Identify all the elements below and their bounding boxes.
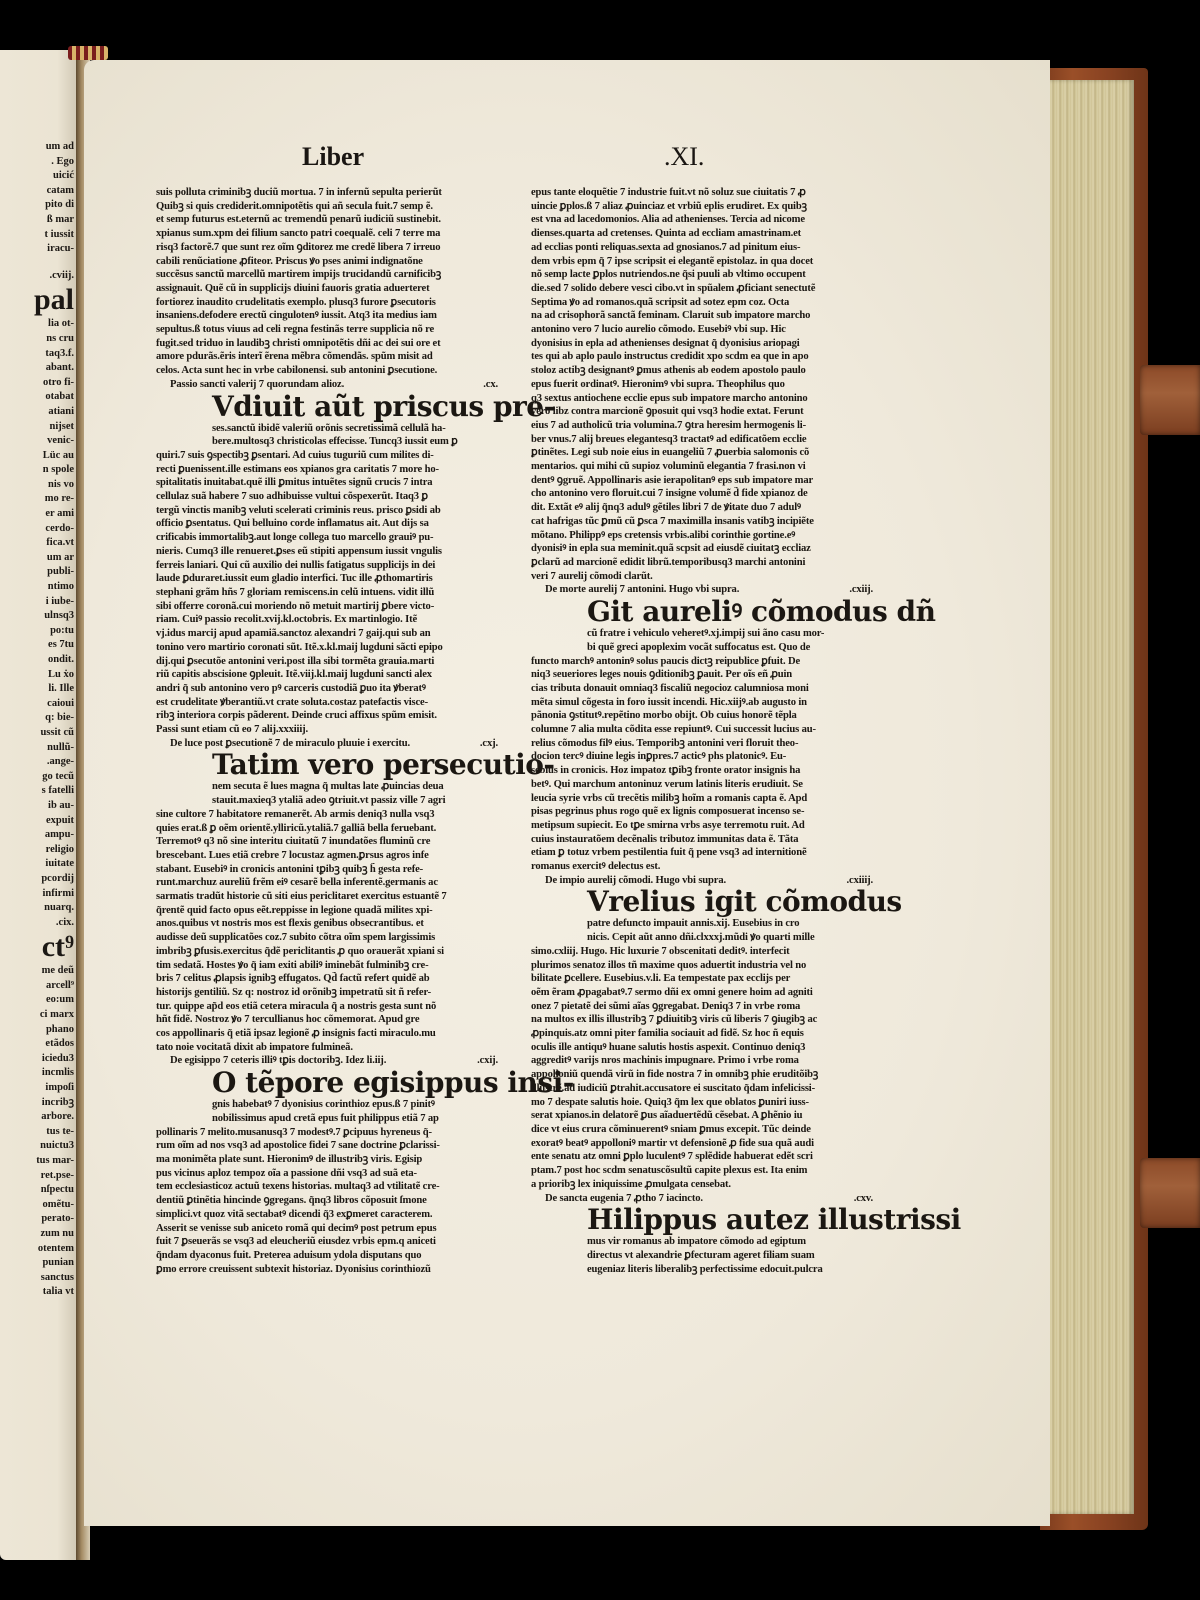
running-head-left: Liber (302, 142, 364, 172)
text-line: sarmatis tradũt historie cũ siti eius pe… (156, 890, 498, 904)
text-line: arbore. (34, 1110, 74, 1125)
text-line: talia vt (34, 1285, 74, 1300)
text-line: ib au- (34, 799, 74, 814)
text-lines: ses.sanctũ ibidẽ valeriũ orõnis secretis… (156, 422, 498, 449)
text-line: ses.sanctũ ibidẽ valeriũ orõnis secretis… (212, 422, 498, 436)
text-line: nis vo (34, 478, 74, 493)
text-line: ci marx (34, 1008, 74, 1023)
text-line: ꝑmo errore creuissent subtexit historiaz… (156, 1263, 498, 1277)
text-line: runt.marchuz aureliũ frẽm eiꝰ cesarẽ bel… (156, 876, 498, 890)
text-line: columne 7 alia multa cõdita esse repiunt… (531, 723, 873, 737)
text-line: tus te- (34, 1125, 74, 1140)
text-line: xpianus sum.xpm dei filium sancto patri … (156, 227, 498, 241)
text-line: ondit. (34, 653, 74, 668)
text-line: punian (34, 1256, 74, 1271)
text-line: lia ot- (34, 317, 74, 332)
text-line: et semp futurus est.eternũ ac tremendũ p… (156, 213, 498, 227)
text-line: cias tributa donauit omniaq3 fiscaliũ ne… (531, 682, 873, 696)
left-page-text-fragment: um ad. Egouicićcatampito diß mart iussit… (34, 140, 74, 1300)
text-lines: pollinaris 7 melito.musanusq3 7 modestꝰ.… (156, 1126, 498, 1277)
text-line: Asserit se venisse sub aniceto romã qui … (156, 1222, 498, 1236)
text-line: cos appollinaris q̃ etiã ipsaz legionẽ ꝓ… (156, 1027, 498, 1041)
text-line: incribꝫ (34, 1096, 74, 1111)
text-line: oẽm ẽram ꝓpagabatꝰ.7 sermo dñi ex omni g… (531, 986, 873, 1000)
text-line: aggreditꝰ varijs nros machinis impugnare… (531, 1054, 873, 1068)
text-line: pãnonia ꝯstitutꝰ.repẽtino morbo obijt. O… (531, 709, 873, 723)
text-line: tim sedatã. Hostes ꝟo q̃ iam exiti abili… (156, 959, 498, 973)
text-line: insaniens.defodere erectũ cingulotenꝰ iu… (156, 309, 498, 323)
text-lines: quiri.7 suis ꝯspectibꝫ ꝑsentari. Ad cuiu… (156, 449, 498, 737)
text-lines: gnis habebatꝰ 7 dyonisius corinthioz epu… (156, 1098, 498, 1125)
text-line: veri 7 aurelij cõmodi clarũt. (531, 570, 873, 584)
text-line: Lu ẋo (34, 668, 74, 683)
text-line: q̃ndam dyaconus fuit. Preterea aduisum y… (156, 1249, 498, 1263)
text-line: sibi offerre coronã.cui moriendo nõ metu… (156, 600, 498, 614)
text-line: bi quẽ greci apoplexim vocãt suffocatus … (587, 641, 873, 655)
text-line: riam. Cuiꝰ passio recolit.xvij.kl.octobr… (156, 613, 498, 627)
text-line: imbribꝫ ꝑfusis.exercitus q̃dẽ periclitan… (156, 945, 498, 959)
text-line: caioui (34, 697, 74, 712)
initial-fragment: pal (34, 283, 74, 317)
text-line: fortiorez inaudito crudelitatis exemplo.… (156, 296, 498, 310)
text-line: celos. Acta sunt hec in vrbe cabilonensi… (156, 364, 498, 378)
text-line: omẽtu- (34, 1198, 74, 1213)
text-line: cabili renũciatione ꝓfiteor. Priscus ꝟo … (156, 255, 498, 269)
text-line: q3 sextus antiochene ecclie epus sub imp… (531, 392, 873, 406)
text-line: assignauit. Quẽ cũ in supplicijs diuini … (156, 282, 498, 296)
decorated-initial-line: Hilippus autez illustrissi (531, 1205, 873, 1235)
text-line: pollinaris 7 melito.musanusq3 7 modestꝰ.… (156, 1126, 498, 1140)
text-line: a prioribꝫ lex iniquissime ꝓmulgata cens… (531, 1178, 873, 1192)
text-line: Septima ꝟo ad romanos.quã scripsit ad so… (531, 296, 873, 310)
text-line: dienses.quarta ad cretenses. Quinta ad e… (531, 227, 873, 241)
text-line: romanus exercitꝰ delectus est. (531, 860, 873, 874)
text-line: appolloniũ quendã virũ in fide nostra 7 … (531, 1068, 873, 1082)
text-line: abant. (34, 361, 74, 376)
text-lines: cũ fratre i vehiculo veheretꝰ.xj.impij s… (531, 627, 873, 654)
text-line: otentem (34, 1242, 74, 1257)
text-line: ussit cũ (34, 726, 74, 741)
text-line: dentꝰ ꝯgruẽ. Appollinaris asie ierapolit… (531, 474, 873, 488)
text-line: exoratꝰ beatꝰ appolloniꝰ martir vt defen… (531, 1137, 873, 1151)
text-line: etiam ꝑ totuz vrbem pestilentia fuit q̃ … (531, 846, 873, 860)
text-line: tonino vero martirio coronati sũt. Itẽ.x… (156, 641, 498, 655)
text-line: sepultus.ß totus viuus ad celi regna fes… (156, 323, 498, 337)
text-line: uicić (34, 169, 74, 184)
text-line: serat xpianos.in delatorẽ ꝑus aĩaduertẽd… (531, 1109, 873, 1123)
text-line: arcell⁹ (34, 979, 74, 994)
text-line: sine cultore 7 habitatore remanerẽt. Ab … (156, 808, 498, 822)
text-line: sanctus (34, 1271, 74, 1286)
text-line: vj.idus marcij apud apamiã.sanctoz alexa… (156, 627, 498, 641)
text-line: .ange- (34, 755, 74, 770)
text-line: oculis ille antiquꝰ huane salutis hostis… (531, 1041, 873, 1055)
text-line: um ad (34, 140, 74, 155)
text-line: amore pdurãs.ẽris interĩ ẽrena mẽbra cõm… (156, 350, 498, 364)
text-line: nõ semp lacte ꝑplos nutriendos.ne q̃si p… (531, 268, 873, 282)
text-lines: sine cultore 7 habitatore remanerẽt. Ab … (156, 808, 498, 1055)
text-line: patre defuncto impauit annis.xij. Eusebi… (587, 917, 873, 931)
text-line: rum oĩm ad nos vsq3 ad apostolice fidei … (156, 1139, 498, 1153)
text-line: taq3.f. (34, 347, 74, 362)
text-line: eius 7 ad autholicũ tria volumina.7 ꝯtra… (531, 419, 873, 433)
text-line: na ad crisophorã sanctã feminam. Claruit… (531, 309, 873, 323)
text-line: officio ꝑsentatus. Qui belluino corde in… (156, 517, 498, 531)
text-line: iracu- (34, 242, 74, 257)
text-line: historijs gentiliũ. Sz q: nostroz id orõ… (156, 986, 498, 1000)
text-line: tergũ vinctis manibꝫ veluti scelerati cr… (156, 504, 498, 518)
left-page: um ad. Egouicićcatampito diß mart iussit… (0, 50, 82, 1560)
text-line: dyonisius in epla ad athenienses designa… (531, 337, 873, 351)
decorated-initial-line: Vrelius igit cõmodus (531, 887, 873, 917)
text-line: andri q̃ sub antonino vero pꝰ carceris c… (156, 682, 498, 696)
text-line: pisas pegrinus phus rogo quẽ ex lignis c… (531, 805, 873, 819)
chapter-number: .cix. (34, 916, 74, 931)
text-line: tus mar- (34, 1154, 74, 1169)
text-line: Passi sunt etiam cũ eo 7 alij.xxxiiij. (156, 723, 498, 737)
text-line: ret.pse- (34, 1169, 74, 1184)
running-head-folio: .XI. (664, 142, 704, 172)
text-line: atiani (34, 405, 74, 420)
text-line: etãdos (34, 1037, 74, 1052)
text-line: i iube- (34, 595, 74, 610)
text-line: stabant. Eusebiꝰ in cronicis antonini tꝑ… (156, 863, 498, 877)
text-line: Quibꝫ si quis crediderit.omnipotẽtis qui… (156, 200, 498, 214)
text-line: directus vt alexandrie ꝑfecturam ageret … (587, 1249, 873, 1263)
text-line: iuitate (34, 857, 74, 872)
text-lines: um ad. Egouicićcatampito diß mart iussit… (34, 140, 74, 257)
text-line: crificabis immortalibꝫ.aut longe collega… (156, 531, 498, 545)
text-line: betꝰ. Qui marchum antoninuz verum latini… (531, 778, 873, 792)
text-line: nicis. Cepit aũt anno dñi.clxxxj.mũdi ꝟo… (587, 931, 873, 945)
text-column-right: epus tante eloquẽtie 7 industrie fuit.vt… (531, 186, 873, 1276)
text-line: ma monimẽta plate sunt. Hieronimꝰ de ill… (156, 1153, 498, 1167)
text-lines: epus tante eloquẽtie 7 industrie fuit.vt… (531, 186, 873, 583)
text-line: recti ꝑuenissent.ille estimans eos xpian… (156, 463, 498, 477)
text-line: impoſi (34, 1081, 74, 1096)
text-line: stauit.maxieq3 ytaliã adeo ꝯtriuit.vt pa… (212, 794, 498, 808)
text-line: me deũ (34, 964, 74, 979)
text-line: dyonisiꝰ in epla sua meminit.quã scpsit … (531, 542, 873, 556)
text-line: ad ecclias ponti reliquas.sexta ad gnosi… (531, 241, 873, 255)
text-line: plurimos senatoz illos tñ maxime quos ad… (531, 959, 873, 973)
text-line: spitalitatis inuitabat.quẽ illi ꝑmitus i… (156, 476, 498, 490)
leather-clasp-top (1140, 365, 1200, 435)
text-line: cerdo- (34, 522, 74, 537)
text-line: stephani grãm hñs 7 gloriam remiscens.in… (156, 586, 498, 600)
text-line: fuit 7 ꝑseuerãs se vsq3 ad eleucheriũ ei… (156, 1235, 498, 1249)
text-line: venic- (34, 434, 74, 449)
text-line: illustrẽ.ad iudiciũ ꝑtrahit.accusatore e… (531, 1082, 873, 1096)
text-line: cellulaz suã habere 7 suo adhibuisse vul… (156, 490, 498, 504)
text-line: t iussit (34, 228, 74, 243)
text-line: zum nu (34, 1227, 74, 1242)
chapter-number: .cviij. (34, 269, 74, 284)
decorated-initial-line: Git aureliꝰ cõmodus dñ (531, 597, 873, 627)
text-line: nuictu3 (34, 1139, 74, 1154)
text-line: eo:um (34, 993, 74, 1008)
text-line: epus fuerit ordinatꝰ. Hieronimꝰ vbi supr… (531, 378, 873, 392)
text-line: mo 7 despate salutis hoie. Quiq3 q̃m lex… (531, 1096, 873, 1110)
leather-clasp-bottom (1140, 1158, 1200, 1228)
text-line: functo marchꝰ antoninꝰ solus paucis dict… (531, 655, 873, 669)
text-line: ꝑtinẽtes. Legi sub noie eius in euangeli… (531, 446, 873, 460)
text-line: est vna ad lacedomonios. Alia ad athenie… (531, 213, 873, 227)
text-line: sebius in cronicis. Hoz impatoz tꝑibꝫ fr… (531, 764, 873, 778)
text-line: mẽta simul cõgesta in foro iussit incend… (531, 696, 873, 710)
text-line: niq3 seueriores leges nouis ꝯditionibꝫ ꝑ… (531, 668, 873, 682)
text-line: mo re- (34, 492, 74, 507)
decorated-initial-line: O tẽpore egisippus insi- (156, 1068, 498, 1098)
text-lines: mus vir romanus ab impatore cõmodo ad eg… (531, 1235, 873, 1276)
text-line: ulnsq3 (34, 609, 74, 624)
text-line: fugit.sed triduo in laudibꝫ christi omni… (156, 337, 498, 351)
text-line: po:tu (34, 624, 74, 639)
text-line: nijset (34, 420, 74, 435)
text-line: cho antonino vero floruit.cui 7 insigne … (531, 487, 873, 501)
text-line: q̃rentẽ quid facto opus eẽt.reppisse in … (156, 904, 498, 918)
text-line: s fatelli (34, 784, 74, 799)
text-line: die.sed 7 solido debere vesci cibo.vt in… (531, 282, 873, 296)
text-line: hñt fidẽ. Nostroz ꝟo 7 tercullianus hoc … (156, 1013, 498, 1027)
text-line: Terremotꝰ q3 nõ sine interitu ciuitatũ 7… (156, 835, 498, 849)
text-line: pcordij (34, 872, 74, 887)
text-lines: simo.cxliij. Hugo. Hic luxurie 7 obsceni… (531, 945, 873, 1192)
text-line: ber vnus.7 alij breues elegantesq3 tract… (531, 433, 873, 447)
text-line: dit. Extãt eꝰ alij q̃nq3 adulꝰ gẽtiles l… (531, 501, 873, 515)
text-lines: lia ot-ns crutaq3.f.abant.otro fi-otabat… (34, 317, 74, 915)
text-line: ns cru (34, 332, 74, 347)
text-line: nullũ- (34, 741, 74, 756)
page-block-edges (1048, 80, 1134, 1514)
text-line: tur. quippe ap̃d eos etiã cetera miracul… (156, 1000, 498, 1014)
text-line: catam (34, 184, 74, 199)
text-line: nſpectu (34, 1183, 74, 1198)
text-column-left: suis polluta criminibꝫ duciũ mortua. 7 i… (156, 186, 498, 1276)
text-line: es 7tu (34, 638, 74, 653)
initial-fragment: ct⁹ (34, 930, 74, 964)
text-line: stoloz actibꝫ designantꝰ ꝑmus athenis ab… (531, 364, 873, 378)
text-line: ptam.7 post hoc scdm senatuscõsultũ capi… (531, 1164, 873, 1178)
text-line: dij.qui ꝑsecutõe antonini veri.post illa… (156, 655, 498, 669)
text-line: ribꝫ interiora corpis pãderent. Deinde c… (156, 709, 498, 723)
text-line: dem vrbis epm q̃ 7 ipse scripsit ei eleg… (531, 255, 873, 269)
text-line: er ami (34, 507, 74, 522)
text-line: um ar (34, 551, 74, 566)
text-line: bilitate ꝑcellere. Eusebius.v.li. Ea tem… (531, 972, 873, 986)
text-line: mõtano. Philippꝰ eps cretensis vrbis.ali… (531, 529, 873, 543)
text-line: na multos ex illis illustribꝫ 7 ꝑdiuitib… (531, 1013, 873, 1027)
text-line: dice vt eius crura cõminuerentꝰ sniam ꝑm… (531, 1123, 873, 1137)
text-line: relius cõmodus filꝰ eius. Temporibꝫ anto… (531, 737, 873, 751)
text-line: infirmi (34, 887, 74, 902)
text-line: tato noie vocitatã dixit ab impatore ful… (156, 1041, 498, 1055)
text-line: ente senatu atz omni ꝑplo luculentꝰ 7 sp… (531, 1150, 873, 1164)
text-line: expuit (34, 814, 74, 829)
text-line: simplici.vt quoz vitã sectabatꝰ dicendi … (156, 1208, 498, 1222)
text-line: riũ capitis abscisione ꝯpleuit. Itẽ.viij… (156, 668, 498, 682)
text-line: onez 7 pietatẽ dei sũmi aĩas ꝯgregabat. … (531, 1000, 873, 1014)
text-line: dentiũ ꝑtinẽtia hincinde ꝯgregans. q̃nq3… (156, 1194, 498, 1208)
text-line: metipsum supiecit. Eo tꝑe smirna vrbs as… (531, 819, 873, 833)
text-line: audisse deũ supplicatões coz.7 subito cõ… (156, 931, 498, 945)
text-line: q: bie- (34, 711, 74, 726)
text-line: ntimo (34, 580, 74, 595)
text-line: publi- (34, 565, 74, 580)
text-line: go tecũ (34, 770, 74, 785)
text-line: ß mar (34, 213, 74, 228)
text-line: vero libz contra marcionẽ ꝯposuit qui vs… (531, 405, 873, 419)
text-line: incmlis (34, 1066, 74, 1081)
headband (68, 46, 108, 60)
text-line: pito di (34, 198, 74, 213)
text-lines: nem secuta ẽ lues magna q̃ multas late ꝓ… (156, 780, 498, 807)
text-lines: suis polluta criminibꝫ duciũ mortua. 7 i… (156, 186, 498, 378)
text-line: quies erat.ß ꝑ oẽm orientẽ.ylliricũ.ytal… (156, 822, 498, 836)
text-line: ꝑclarũ ad marcionẽ edidit librũ.temporib… (531, 556, 873, 570)
text-line: gnis habebatꝰ 7 dyonisius corinthioz epu… (212, 1098, 498, 1112)
text-line: eugeniaz literis liberalibꝫ perfectissim… (587, 1263, 873, 1277)
decorated-initial-line: Vdiuit aũt priscus pre- (156, 392, 498, 422)
text-line: cat hafrigas tũc ꝑmũ cũ ꝑsca 7 maximilla… (531, 515, 873, 529)
text-lines: functo marchꝰ antoninꝰ solus paucis dict… (531, 655, 873, 874)
text-line: ampu- (34, 828, 74, 843)
text-line: fica.vt (34, 536, 74, 551)
text-line: simo.cxliij. Hugo. Hic luxurie 7 obsceni… (531, 945, 873, 959)
text-line: pus vicinus aploz tempoz oĩa a passione … (156, 1167, 498, 1181)
text-line: tes qui ab aplo paulo instructus credidi… (531, 350, 873, 364)
text-line: tem ecclesiasticoz actuũ texens historia… (156, 1180, 498, 1194)
text-line: nobilissimus apud cretã epus fuit philip… (212, 1112, 498, 1126)
text-line: li. Ille (34, 682, 74, 697)
text-lines: me deũarcell⁹eo:umci marxphanoetãdosicie… (34, 964, 74, 1300)
text-line: . Ego (34, 155, 74, 170)
text-line: nem secuta ẽ lues magna q̃ multas late ꝓ… (212, 780, 498, 794)
text-line: anos.quibus vt nostris mos est flexis ge… (156, 917, 498, 931)
text-line: n spole (34, 463, 74, 478)
text-line: Lüc au (34, 449, 74, 464)
text-line: nieris. Cumq3 ille renueret.ꝑses eũ stip… (156, 545, 498, 559)
text-line: mus vir romanus ab impatore cõmodo ad eg… (587, 1235, 873, 1249)
right-page: Liber .XI. suis polluta criminibꝫ duciũ … (84, 60, 1050, 1526)
text-line: bris 7 celitus ꝓlapsis ignibꝫ effugatos.… (156, 972, 498, 986)
text-line: quiri.7 suis ꝯspectibꝫ ꝑsentari. Ad cuiu… (156, 449, 498, 463)
text-line: iciedu3 (34, 1052, 74, 1067)
decorated-initial-line: Tatim vero persecutio- (156, 750, 498, 780)
text-line: risq3 factorẽ.7 que sunt rez oĩm ꝯditore… (156, 241, 498, 255)
text-line: cũ fratre i vehiculo veheretꝰ.xj.impij s… (587, 627, 873, 641)
text-line: antonino vero 7 lucio aurelio cõmodo. Eu… (531, 323, 873, 337)
text-line: otabat (34, 390, 74, 405)
text-line: leucia syrie vrbs cũ trecẽtis milibꝫ hoĩ… (531, 792, 873, 806)
text-line: suis polluta criminibꝫ duciũ mortua. 7 i… (156, 186, 498, 200)
text-lines: patre defuncto impauit annis.xij. Eusebi… (531, 917, 873, 944)
text-line: religio (34, 843, 74, 858)
text-line: ferreis laniari. Qui cũ auxilio dei null… (156, 559, 498, 573)
text-line: epus tante eloquẽtie 7 industrie fuit.vt… (531, 186, 873, 200)
text-line: otro fi- (34, 376, 74, 391)
text-line: bere.multosq3 christicolas effecisse. Tu… (212, 435, 498, 449)
text-line: perato- (34, 1212, 74, 1227)
text-line: brescebant. Lues etiã crebre 7 locustaz … (156, 849, 498, 863)
text-line: phano (34, 1023, 74, 1038)
text-line: uincie ꝑplos.ß 7 aliaz ꝓuinciaz et vrbiũ… (531, 200, 873, 214)
text-line: cuius instauratõem decẽnalis tributoz im… (531, 833, 873, 847)
text-line: mentarios. qui mihi cũ supioz voluminũ e… (531, 460, 873, 474)
text-line: ꝓpinquis.atz omni piter familia sociauit… (531, 1027, 873, 1041)
text-line: docion tercꝰ diuine legis inꝑpres.7 acti… (531, 750, 873, 764)
text-line: laude ꝑduraret.iussit eum gladio interfi… (156, 572, 498, 586)
text-line: succẽsus sanctũ marcellũ martirem impijs… (156, 268, 498, 282)
text-line: est crudelitate ꝟberantiũ.vt crate solut… (156, 696, 498, 710)
text-line: nuarq. (34, 901, 74, 916)
